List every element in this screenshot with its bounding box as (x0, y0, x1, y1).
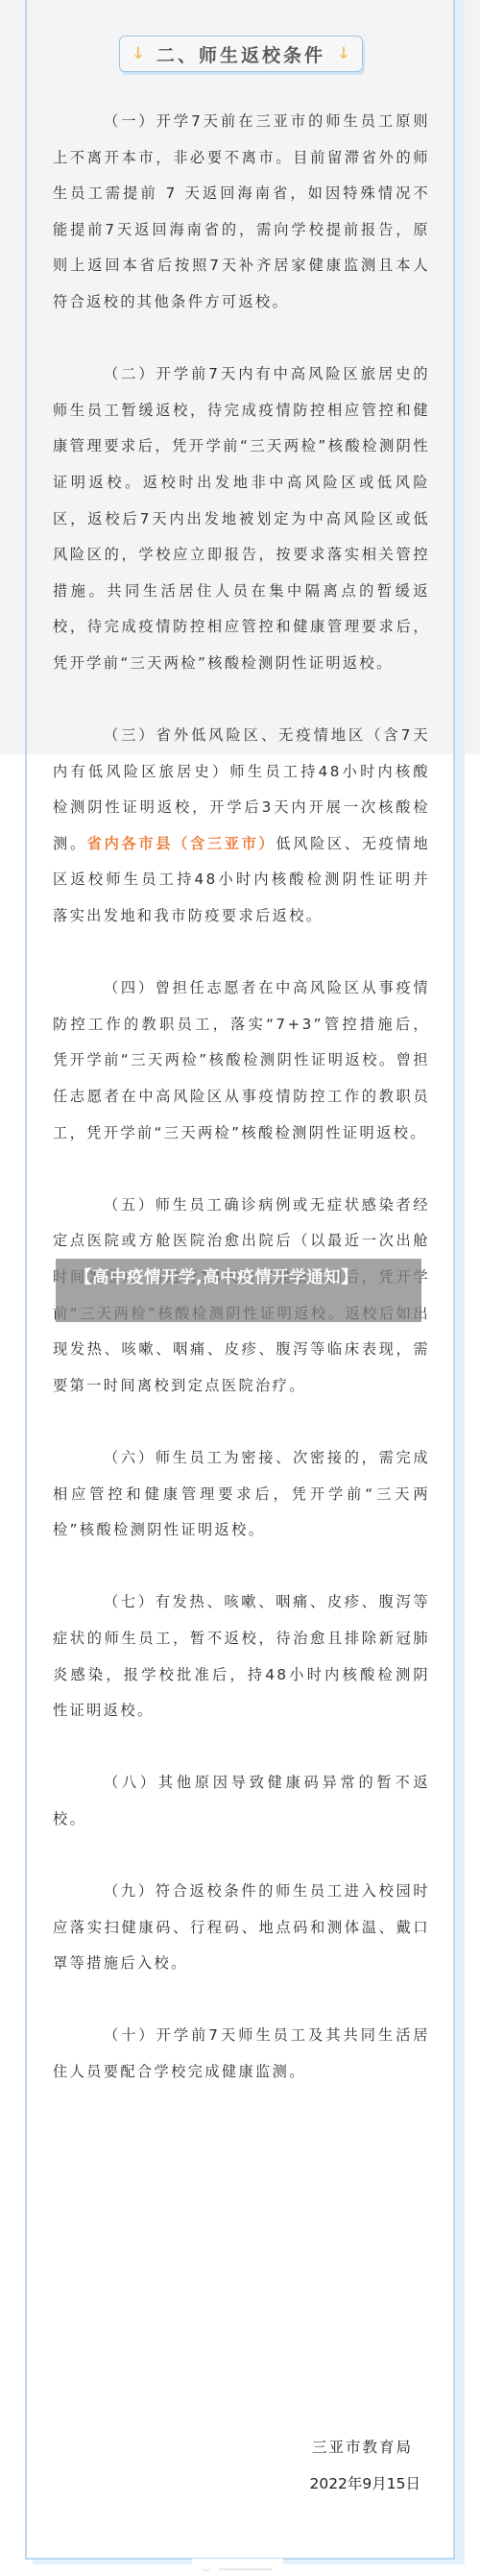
paragraph-9: （九）符合返校条件的师生员工进入校园时应落实扫健康码、行程码、地点码和测体温、戴… (53, 1874, 430, 1982)
paragraph-3: （三）省外低风险区、无疫情地区（含7天内有低风险区旅居史）师生员工持48小时内核… (53, 718, 430, 935)
section-header: ↓ 二、师生返校条件 ↓ (119, 36, 363, 72)
signature-date: 2022年9月15日 (309, 2466, 420, 2502)
paragraph-4: （四）曾担任志愿者在中高风险区从事疫情防控工作的教职员工，落实“7+3”管控措施… (53, 970, 430, 1151)
paragraph-8: （八）其他原因导致健康码异常的暂不返校。 (53, 1765, 430, 1837)
paragraph-7: （七）有发热、咳嗽、咽痛、皮疹、腹泻等症状的师生员工，暂不返校，待治愈且排除新冠… (53, 1584, 430, 1729)
arrow-down-icon: ↓ (333, 44, 354, 63)
arrow-down-icon: ↓ (128, 44, 149, 63)
section-title: 二、师生返校条件 (149, 41, 333, 67)
highlighted-phrase: 省内各市县（含三亚市） (87, 835, 276, 852)
footer-mark-icon (202, 2564, 211, 2571)
paragraph-1: （一）开学7天前在三亚市的师生员工原则上不离开本市，非必要不离市。目前留滞省外的… (53, 104, 430, 321)
footer-line (219, 2568, 272, 2570)
paragraph-3-text-before: （三）省外低风险区、无疫情地区（含7天内有低风险区旅居史）师生员工持48小时内核… (53, 726, 430, 852)
overlay-title: 【高中疫情开学,高中疫情开学通知】 (75, 1263, 406, 1292)
paragraph-6: （六）师生员工为密接、次密接的，需完成相应管控和健康管理要求后，凭开学前“三天两… (53, 1440, 430, 1549)
paragraph-2: （二）开学前7天内有中高风险区旅居史的师生员工暂缓返校，待完成疫情防控相应管控和… (53, 356, 430, 681)
document-body: （一）开学7天前在三亚市的师生员工原则上不离开本市，非必要不离市。目前留滞省外的… (53, 104, 430, 2126)
signature-block: 三亚市教育局 2022年9月15日 (309, 2429, 420, 2502)
signature-organization: 三亚市教育局 (309, 2429, 420, 2466)
footer-tab (192, 2559, 283, 2576)
paragraph-10: （十）开学前7天师生员工及其共同生活居住人员要配合学校完成健康监测。 (53, 2018, 430, 2090)
